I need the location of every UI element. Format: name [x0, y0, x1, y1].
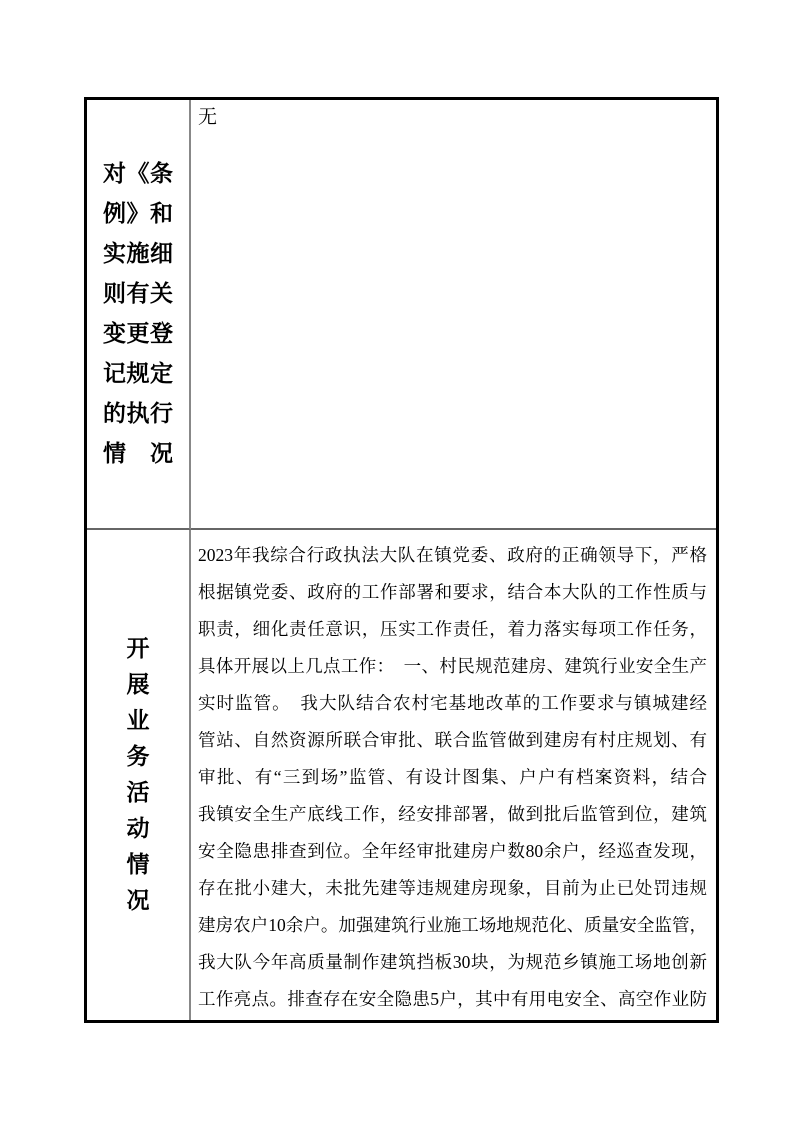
row2-header-cell: 开 展 业 务 活 动 情 况	[87, 530, 191, 1020]
body-text-line: 存在批小建大，未批先建等违规建房现象，目前为止已处罚违规	[198, 870, 707, 907]
body-text-line: 管站、自然资源所联合审批、联合监管做到建房有村庄规划、有	[198, 722, 707, 759]
row2-label-char: 情	[127, 847, 150, 883]
row1-content-cell: 无	[191, 100, 716, 530]
row2-label-char: 动	[127, 811, 150, 847]
row1-label-line: 例》和	[103, 194, 173, 234]
row2-label-char: 务	[127, 739, 150, 775]
row1-label-line: 则有关	[103, 274, 173, 314]
body-text-line: 具体开展以上几点工作： 一、村民规范建房、建筑行业安全生产	[198, 648, 707, 685]
row2-label-char: 开	[127, 631, 150, 667]
body-text-line: 工作亮点。排查存在安全隐患5户，其中有用电安全、高空作业防	[198, 981, 707, 1018]
body-text-line: 安全隐患排查到位。全年经审批建房户数80余户，经巡查发现，	[198, 833, 707, 870]
body-text-line: 职责，细化责任意识，压实工作责任，着力落实每项工作任务，	[198, 611, 707, 648]
row1-header-label: 对《条 例》和 实施细 则有关 变更登 记规定 的执行 情况	[103, 154, 173, 474]
row2-header-label: 开 展 业 务 活 动 情 况	[127, 631, 150, 919]
document-page: 对《条 例》和 实施细 则有关 变更登 记规定 的执行 情况 无 开 展 业 务…	[0, 0, 794, 1122]
row1-label-line: 情况	[103, 434, 173, 474]
row2-label-char: 况	[127, 883, 150, 919]
body-text-line: 根据镇党委、政府的工作部署和要求，结合本大队的工作性质与	[198, 574, 707, 611]
row2-label-char: 业	[127, 703, 150, 739]
row2-label-char: 展	[127, 667, 150, 703]
row2-label-char: 活	[127, 775, 150, 811]
body-text-line: 我镇安全生产底线工作，经安排部署，做到批后监管到位，建筑	[198, 796, 707, 833]
body-text-line: 2023年我综合行政执法大队在镇党委、政府的正确领导下，严格	[198, 537, 707, 574]
row1-label-line: 记规定	[103, 354, 173, 394]
body-text-line: 建房农户10余户。加强建筑行业施工场地规范化、质量安全监管，	[198, 907, 707, 944]
body-text-line: 实时监管。 我大队结合农村宅基地改革的工作要求与镇城建经	[198, 685, 707, 722]
row1-label-line: 实施细	[103, 234, 173, 274]
registration-status-table: 对《条 例》和 实施细 则有关 变更登 记规定 的执行 情况 无 开 展 业 务…	[84, 97, 719, 1023]
body-text-line: 审批、有“三到场”监管、有设计图集、户户有档案资料，结合	[198, 759, 707, 796]
row1-content-text: 无	[198, 105, 708, 131]
row1-label-line: 对《条	[103, 154, 173, 194]
body-text-line: 我大队今年高质量制作建筑挡板30块，为规范乡镇施工场地创新	[198, 944, 707, 981]
row2-content-cell: 2023年我综合行政执法大队在镇党委、政府的正确领导下，严格 根据镇党委、政府的…	[191, 530, 716, 1020]
row1-label-line: 的执行	[103, 394, 173, 434]
row1-header-cell: 对《条 例》和 实施细 则有关 变更登 记规定 的执行 情况	[87, 100, 191, 530]
row1-label-line: 变更登	[103, 314, 173, 354]
